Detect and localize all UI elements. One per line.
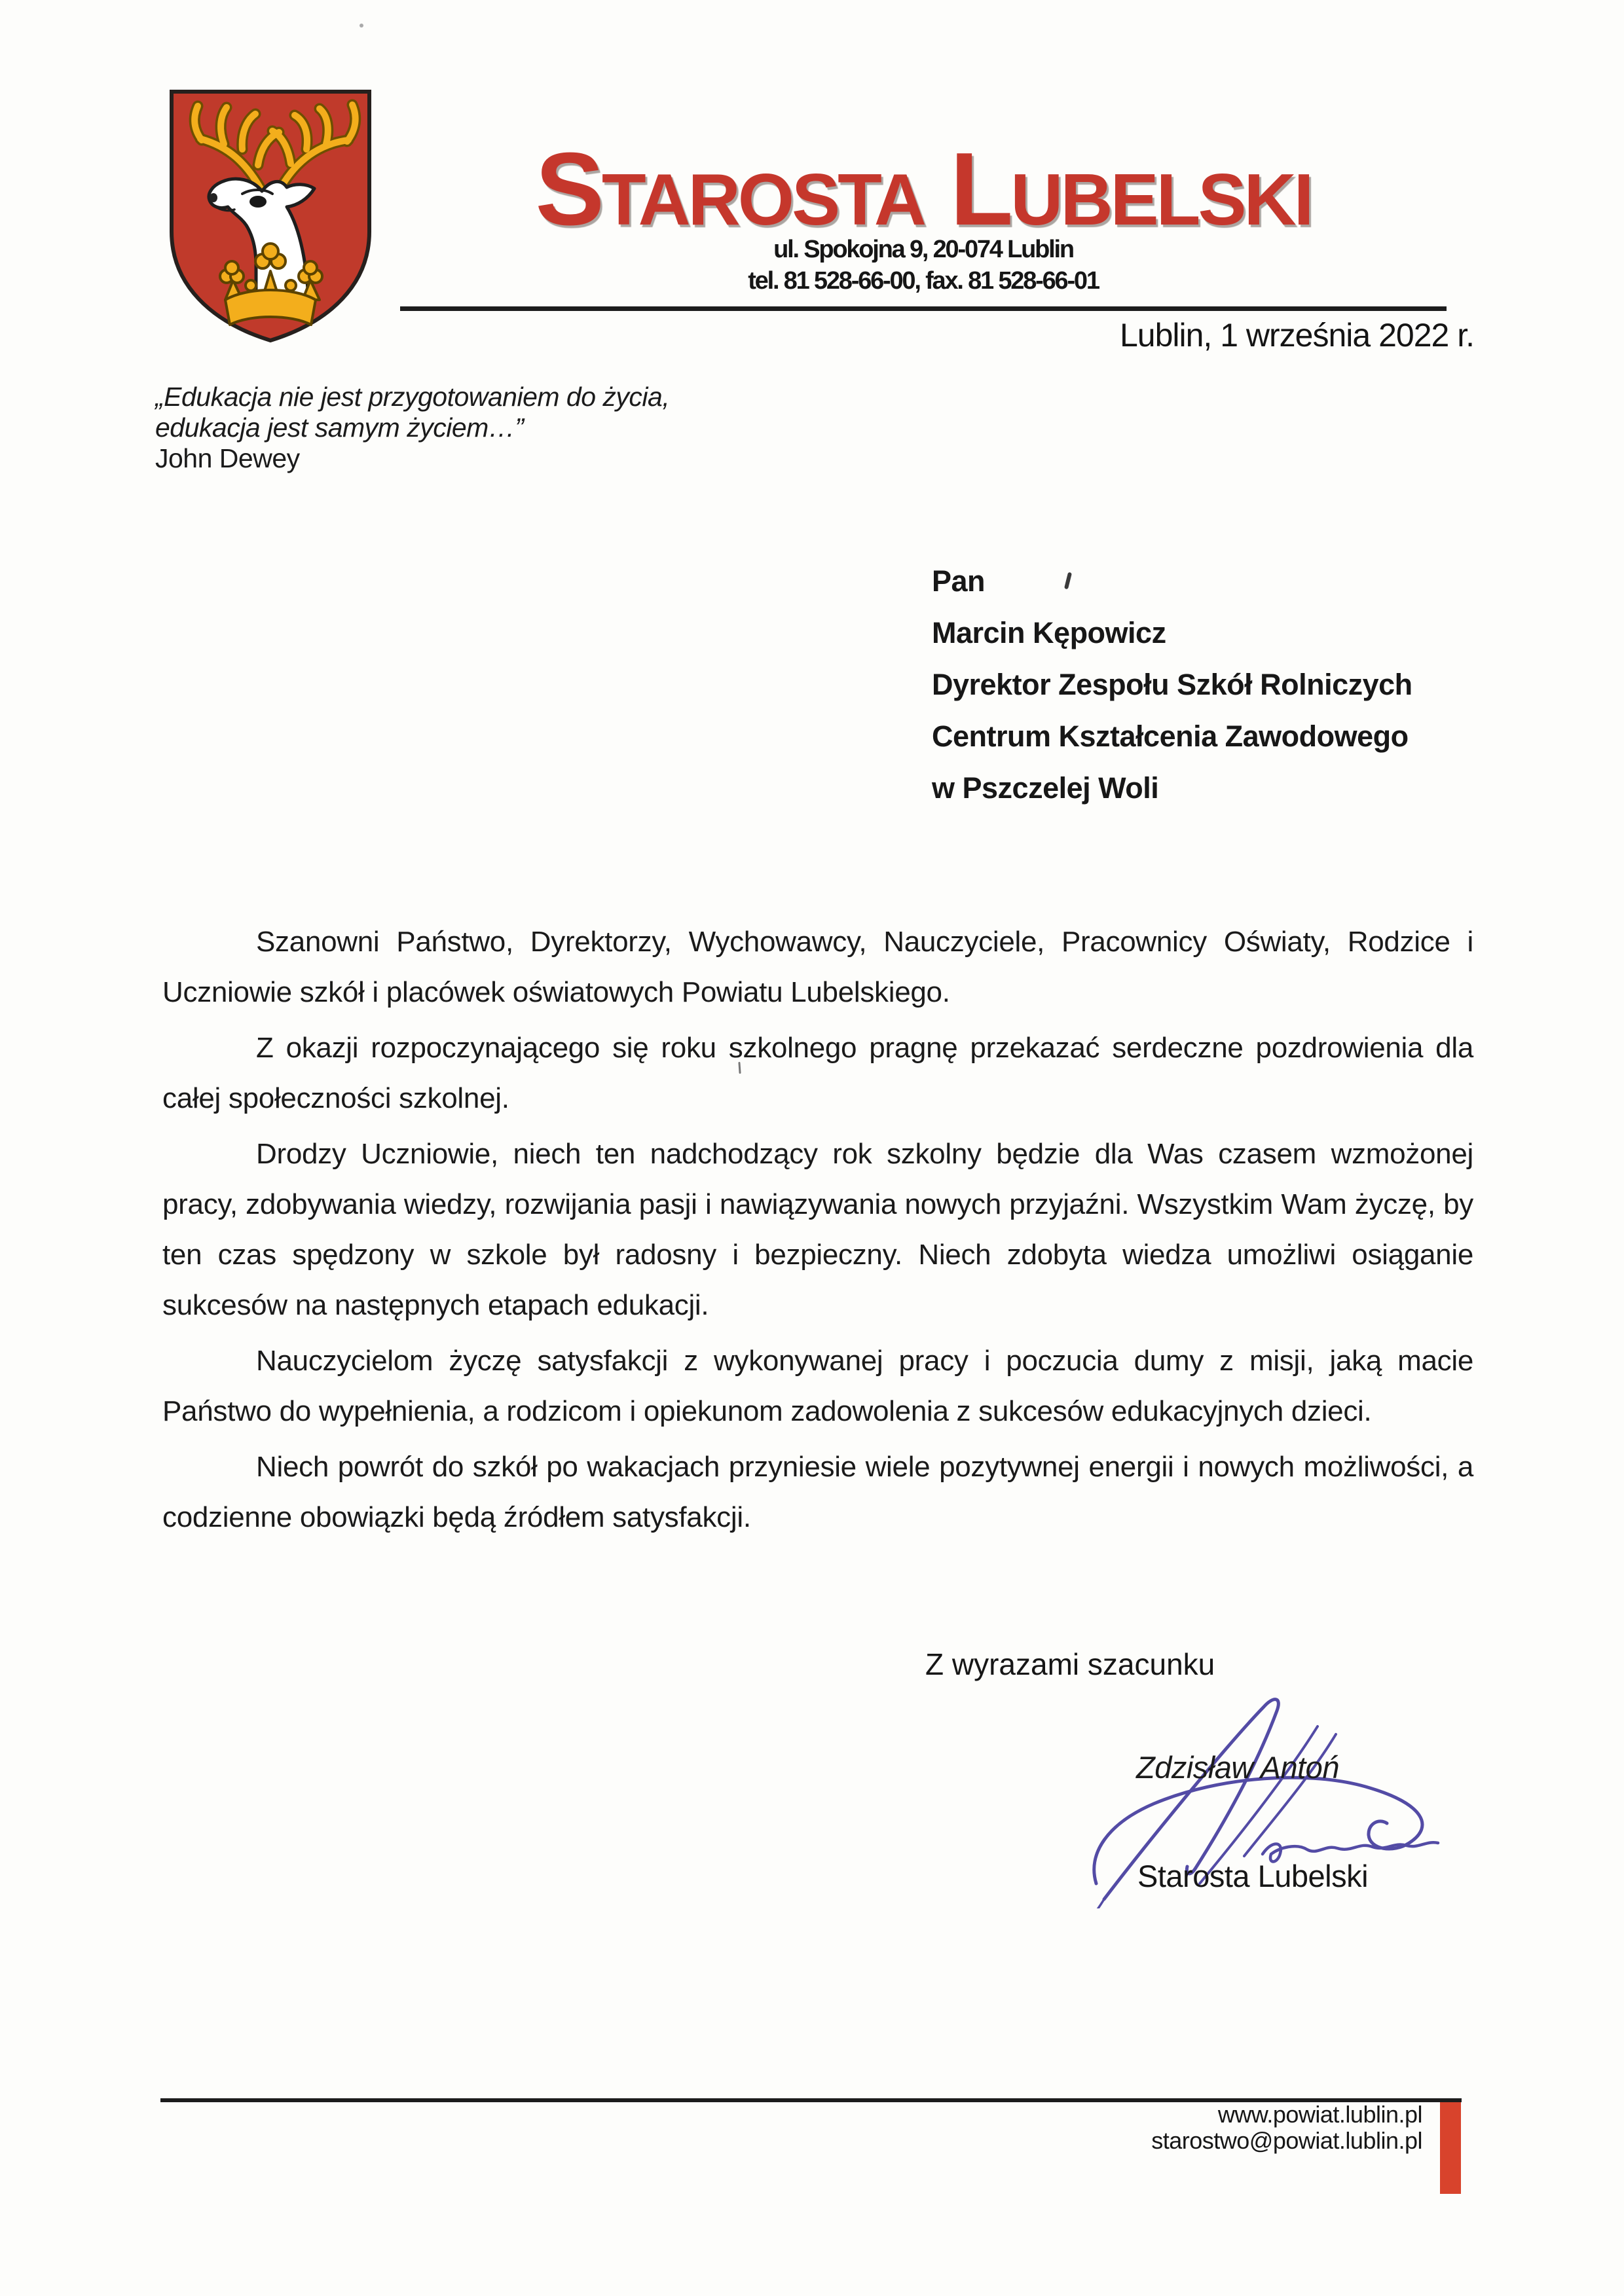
scan-artifact (360, 24, 363, 27)
footer-rule (160, 2098, 1462, 2102)
body-paragraph-5: Niech powrót do szkół po wakacjach przyn… (162, 1442, 1473, 1542)
footer-contact-block: www.powiat.lublin.pl starostwo@powiat.lu… (1151, 2102, 1422, 2154)
body-paragraph-2: Z okazji rozpoczynającego się roku szkol… (162, 1023, 1473, 1123)
org-title: Starosta Lubelski (341, 137, 1506, 241)
footer-website: www.powiat.lublin.pl (1151, 2102, 1422, 2128)
letterhead-rule (400, 306, 1447, 311)
quote-line-2: edukacja jest samym życiem…” (155, 412, 669, 443)
quote-line-1: „Edukacja nie jest przygotowaniem do życ… (155, 382, 669, 412)
quote-author: John Dewey (155, 443, 669, 474)
signer-title: Starosta Lubelski (1137, 1858, 1368, 1894)
recipient-line-place: w Pszczelej Woli (932, 762, 1412, 814)
closing-salutation: Z wyrazami szacunku (925, 1647, 1215, 1682)
recipient-line-role-2: Centrum Kształcenia Zawodowego (932, 710, 1412, 762)
body-paragraph-3: Drodzy Uczniowie, niech ten nadchodzący … (162, 1129, 1473, 1330)
quote-block: „Edukacja nie jest przygotowaniem do życ… (155, 382, 669, 474)
date-line: Lublin, 1 września 2022 r. (1120, 316, 1474, 355)
signer-name: Zdzisław Antoń (1136, 1749, 1339, 1785)
address-line-2: tel. 81 528-66-00, fax. 81 528-66-01 (341, 266, 1506, 296)
recipient-line-name: Marcin Kępowicz (932, 607, 1412, 659)
recipient-line-role-1: Dyrektor Zespołu Szkół Rolniczych (932, 659, 1412, 710)
recipient-line-pan: Pan (932, 555, 1412, 607)
address-line-1: ul. Spokojna 9, 20-074 Lublin (341, 234, 1506, 264)
recipient-block: Pan Marcin Kępowicz Dyrektor Zespołu Szk… (932, 555, 1412, 814)
letter-body: Szanowni Państwo, Dyrektorzy, Wychowawcy… (162, 917, 1473, 1548)
footer-accent-bar (1440, 2098, 1461, 2194)
footer-email: starostwo@powiat.lublin.pl (1151, 2128, 1422, 2154)
body-paragraph-4: Nauczycielom życzę satysfakcji z wykonyw… (162, 1336, 1473, 1436)
body-paragraph-1: Szanowni Państwo, Dyrektorzy, Wychowawcy… (162, 917, 1473, 1017)
